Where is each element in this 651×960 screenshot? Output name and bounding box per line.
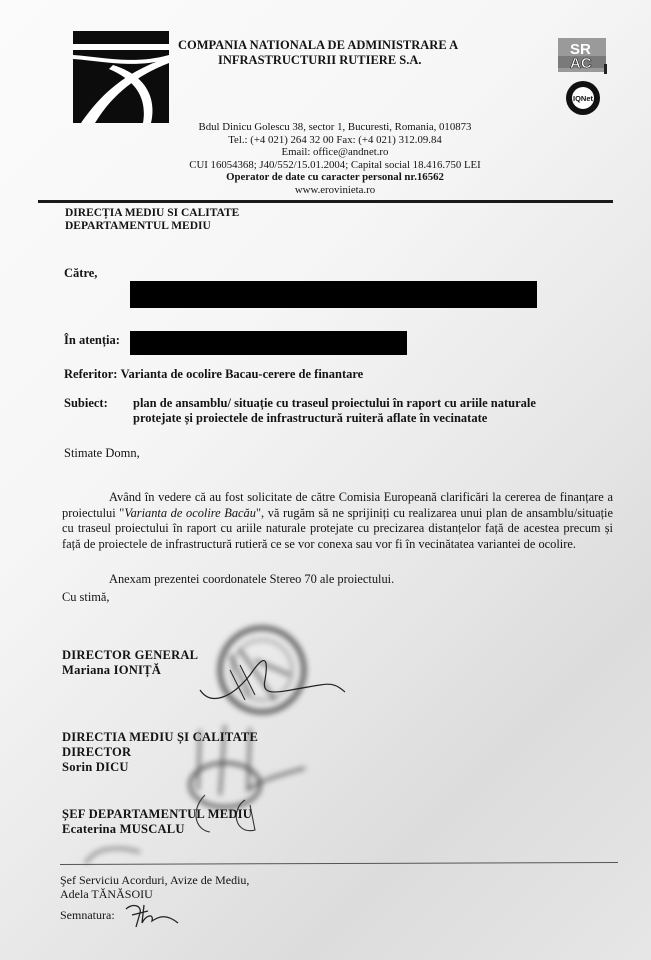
- svg-text:IQNet: IQNet: [573, 94, 594, 103]
- department-name: DEPARTAMENTUL MEDIU: [65, 220, 239, 233]
- letter-body: Având în vedere că au fost solicitate de…: [62, 490, 613, 552]
- subject-line: Subiect: plan de ansamblu/ situație cu t…: [64, 396, 108, 411]
- company-contact-block: Bdul Dinicu Golescu 38, sector 1, Bucure…: [160, 121, 510, 197]
- header-divider: [38, 200, 613, 203]
- company-name: COMPANIA NATIONALA DE ADMINISTRARE A INF…: [178, 38, 458, 68]
- company-email[interactable]: Email: office@andnet.ro: [160, 146, 510, 159]
- company-address: Bdul Dinicu Golescu 38, sector 1, Bucure…: [160, 121, 510, 134]
- signatory-title: DIRECTIA MEDIU ȘI CALITATE: [62, 730, 258, 745]
- company-phone-fax: Tel.: (+4 021) 264 32 00 Fax: (+4 021) 3…: [160, 134, 510, 147]
- signature-label: Semnatura:: [60, 908, 115, 922]
- cnair-road-logo-icon: [73, 31, 169, 123]
- footer-signature-line: Semnatura:: [60, 901, 249, 929]
- salutation: Stimate Domn,: [64, 446, 140, 461]
- reference-line: Referitor: Varianta de ocolire Bacau-cer…: [64, 367, 363, 382]
- company-name-line1: COMPANIA NATIONALA DE ADMINISTRARE A: [178, 38, 458, 53]
- subject-label: Subiect:: [64, 396, 108, 410]
- redacted-recipient: [130, 281, 537, 308]
- recipient-label: Către,: [64, 266, 97, 281]
- department-block: DIRECȚIA MEDIU SI CALITATE DEPARTAMENTUL…: [65, 207, 239, 233]
- signatory-director-environment: DIRECTIA MEDIU ȘI CALITATE DIRECTOR Sori…: [62, 730, 258, 775]
- footer-name: Adela TĂNĂSOIU: [60, 887, 249, 901]
- data-operator-number: Operator de date cu caracter personal nr…: [160, 171, 510, 184]
- srac-certification-icon: SR AC: [558, 38, 607, 74]
- director-general-signature-icon: [190, 640, 350, 710]
- reference-value: Varianta de ocolire Bacau-cerere de fina…: [121, 367, 364, 381]
- company-registration: CUI 16054368; J40/552/15.01.2004; Capita…: [160, 159, 510, 172]
- subject-value: plan de ansamblu/ situație cu traseul pr…: [133, 396, 553, 426]
- signatory-title: DIRECTOR GENERAL: [62, 648, 198, 663]
- attention-label: În atenția:: [64, 333, 120, 348]
- closing: Cu stimă,: [62, 590, 110, 605]
- svg-text:AC: AC: [570, 55, 592, 72]
- signatory-name: Sorin DICU: [62, 760, 258, 775]
- annex-note: Anexam prezentei coordonatele Stereo 70 …: [109, 572, 394, 587]
- directorate-name: DIRECȚIA MEDIU SI CALITATE: [65, 207, 239, 220]
- project-name-italic: Varianta de ocolire Bacău: [124, 506, 256, 520]
- signatory-title: ȘEF DEPARTAMENTUL MEDIU: [62, 807, 252, 822]
- company-name-line2: INFRASTRUCTURII RUTIERE S.A.: [178, 53, 458, 68]
- company-website[interactable]: www.erovinieta.ro: [160, 184, 510, 197]
- signatory-name: Mariana IONIȚĂ: [62, 663, 198, 678]
- signatory-director-general: DIRECTOR GENERAL Mariana IONIȚĂ: [62, 648, 198, 678]
- redacted-attention: [130, 331, 407, 355]
- handwritten-signature-icon: [122, 901, 182, 929]
- footer-role: Şef Serviciu Acorduri, Avize de Mediu,: [60, 873, 249, 887]
- footer-block: Şef Serviciu Acorduri, Avize de Mediu, A…: [60, 873, 249, 929]
- signatory-subtitle: DIRECTOR: [62, 745, 258, 760]
- iqnet-certification-icon: IQNet: [566, 81, 600, 115]
- signatory-name: Ecaterina MUSCALU: [62, 822, 252, 837]
- reference-label: Referitor:: [64, 367, 117, 381]
- certification-logos: SR AC IQNet: [556, 38, 610, 120]
- signatory-department-head: ȘEF DEPARTAMENTUL MEDIU Ecaterina MUSCAL…: [62, 807, 252, 837]
